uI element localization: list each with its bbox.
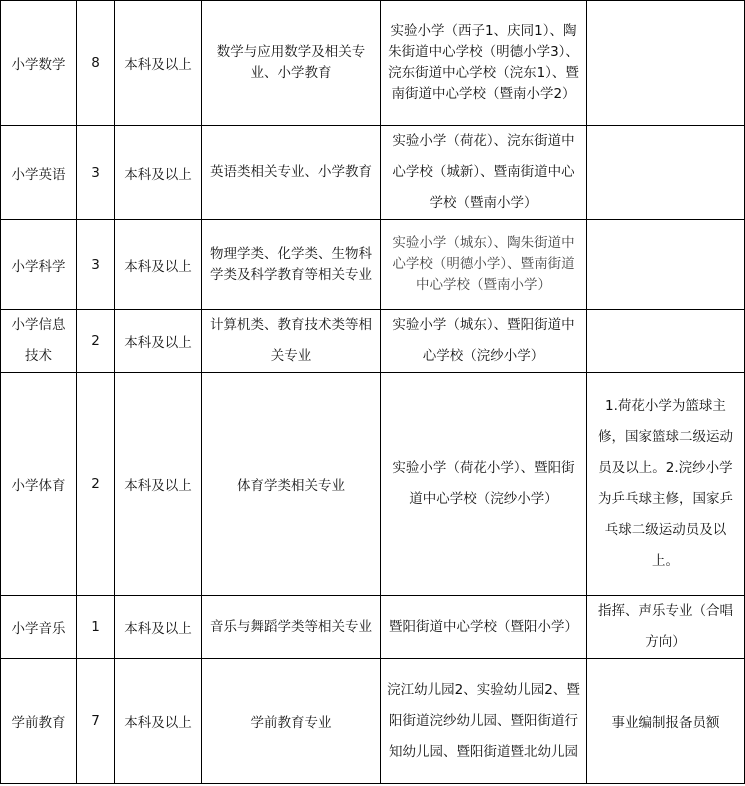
- count-cell: 7: [77, 659, 115, 784]
- education-cell: 本科及以上: [115, 659, 202, 784]
- subject-cell: 小学体育: [1, 373, 77, 596]
- education-cell: 本科及以上: [115, 126, 202, 220]
- note-cell: 指挥、声乐专业（合唱方向）: [587, 596, 745, 659]
- count-cell: 2: [77, 373, 115, 596]
- note-cell: [587, 126, 745, 220]
- education-cell: 本科及以上: [115, 1, 202, 126]
- note-cell: [587, 1, 745, 126]
- major-cell: 计算机类、教育技术类等相关专业: [202, 310, 381, 373]
- subject-cell: 小学科学: [1, 220, 77, 310]
- major-cell: 物理学类、化学类、生物科学类及科学教育等相关专业: [202, 220, 381, 310]
- education-cell: 本科及以上: [115, 310, 202, 373]
- major-cell: 数学与应用数学及相关专业、小学教育: [202, 1, 381, 126]
- subject-cell: 小学英语: [1, 126, 77, 220]
- table-row-english: 小学英语 3 本科及以上 英语类相关专业、小学教育 实验小学（荷花）、浣东街道中…: [1, 126, 745, 220]
- subject-cell: 小学信息技术: [1, 310, 77, 373]
- table-row-math: 小学数学 8 本科及以上 数学与应用数学及相关专业、小学教育 实验小学（西子1、…: [1, 1, 745, 126]
- schools-cell: 实验小学（城东）、暨阳街道中心学校（浣纱小学）: [381, 310, 587, 373]
- table-row-pe: 小学体育 2 本科及以上 体育学类相关专业 实验小学（荷花小学）、暨阳街道中心学…: [1, 373, 745, 596]
- schools-cell: 实验小学（荷花小学）、暨阳街道中心学校（浣纱小学）: [381, 373, 587, 596]
- count-cell: 2: [77, 310, 115, 373]
- note-cell: 事业编制报备员额: [587, 659, 745, 784]
- count-cell: 1: [77, 596, 115, 659]
- table-row-preschool: 学前教育 7 本科及以上 学前教育专业 浣江幼儿园2、实验幼儿园2、暨阳街道浣纱…: [1, 659, 745, 784]
- note-cell: [587, 310, 745, 373]
- note-cell: [587, 220, 745, 310]
- subject-cell: 小学数学: [1, 1, 77, 126]
- recruitment-table: 小学数学 8 本科及以上 数学与应用数学及相关专业、小学教育 实验小学（西子1、…: [0, 0, 745, 784]
- subject-cell: 小学音乐: [1, 596, 77, 659]
- education-cell: 本科及以上: [115, 373, 202, 596]
- schools-cell: 实验小学（荷花）、浣东街道中心学校（城新）、暨南街道中心学校（暨南小学）: [381, 126, 587, 220]
- schools-cell: 浣江幼儿园2、实验幼儿园2、暨阳街道浣纱幼儿园、暨阳街道行知幼儿园、暨阳街道暨北…: [381, 659, 587, 784]
- major-cell: 音乐与舞蹈学类等相关专业: [202, 596, 381, 659]
- table-row-music: 小学音乐 1 本科及以上 音乐与舞蹈学类等相关专业 暨阳街道中心学校（暨阳小学）…: [1, 596, 745, 659]
- schools-cell: 暨阳街道中心学校（暨阳小学）: [381, 596, 587, 659]
- major-cell: 学前教育专业: [202, 659, 381, 784]
- schools-cell: 实验小学（城东）、陶朱街道中心学校（明德小学）、暨南街道中心学校（暨南小学）: [381, 220, 587, 310]
- education-cell: 本科及以上: [115, 220, 202, 310]
- major-cell: 英语类相关专业、小学教育: [202, 126, 381, 220]
- education-cell: 本科及以上: [115, 596, 202, 659]
- table-row-science: 小学科学 3 本科及以上 物理学类、化学类、生物科学类及科学教育等相关专业 实验…: [1, 220, 745, 310]
- schools-cell: 实验小学（西子1、庆同1）、陶朱街道中心学校（明德小学3）、浣东街道中心学校（浣…: [381, 1, 587, 126]
- subject-cell: 学前教育: [1, 659, 77, 784]
- major-cell: 体育学类相关专业: [202, 373, 381, 596]
- count-cell: 3: [77, 126, 115, 220]
- note-cell: 1.荷花小学为篮球主修，国家篮球二级运动员及以上。2.浣纱小学为乒乓球主修，国家…: [587, 373, 745, 596]
- table-row-it: 小学信息技术 2 本科及以上 计算机类、教育技术类等相关专业 实验小学（城东）、…: [1, 310, 745, 373]
- count-cell: 8: [77, 1, 115, 126]
- count-cell: 3: [77, 220, 115, 310]
